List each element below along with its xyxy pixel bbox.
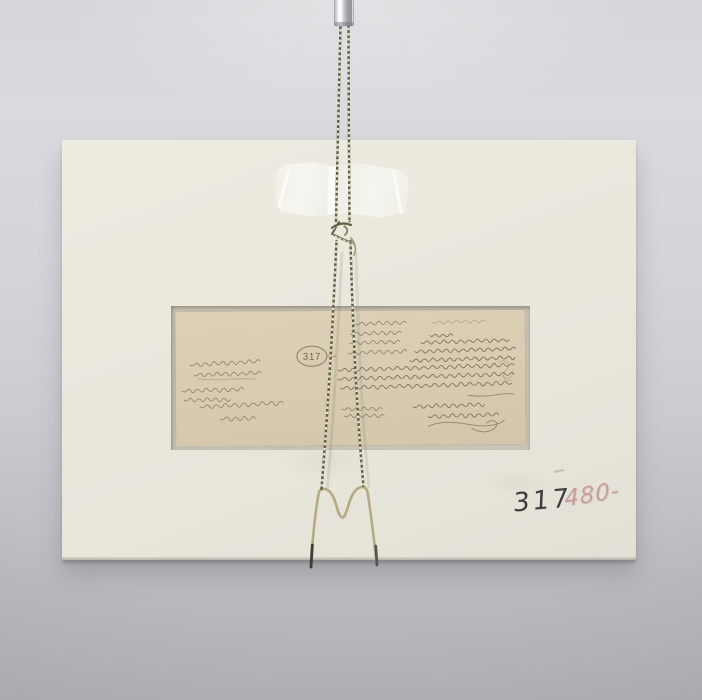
- paper-label: 317: [176, 310, 526, 446]
- tape-crease: [327, 162, 337, 219]
- faint-pencil-dash: [554, 469, 564, 473]
- smudge: [482, 470, 552, 496]
- lot-number: 317: [512, 483, 572, 518]
- photo-scene: 317: [0, 0, 702, 700]
- tape-crease: [392, 170, 403, 216]
- tape-strip: [275, 160, 410, 221]
- handwriting: 317: [176, 310, 526, 446]
- price-marking: 480-: [564, 478, 621, 513]
- circled-number-group: 317: [297, 346, 336, 366]
- circled-number: 317: [303, 352, 321, 363]
- tape-crease: [276, 169, 291, 212]
- label-recess: 317: [171, 306, 530, 450]
- hanging-hook: [335, 0, 354, 26]
